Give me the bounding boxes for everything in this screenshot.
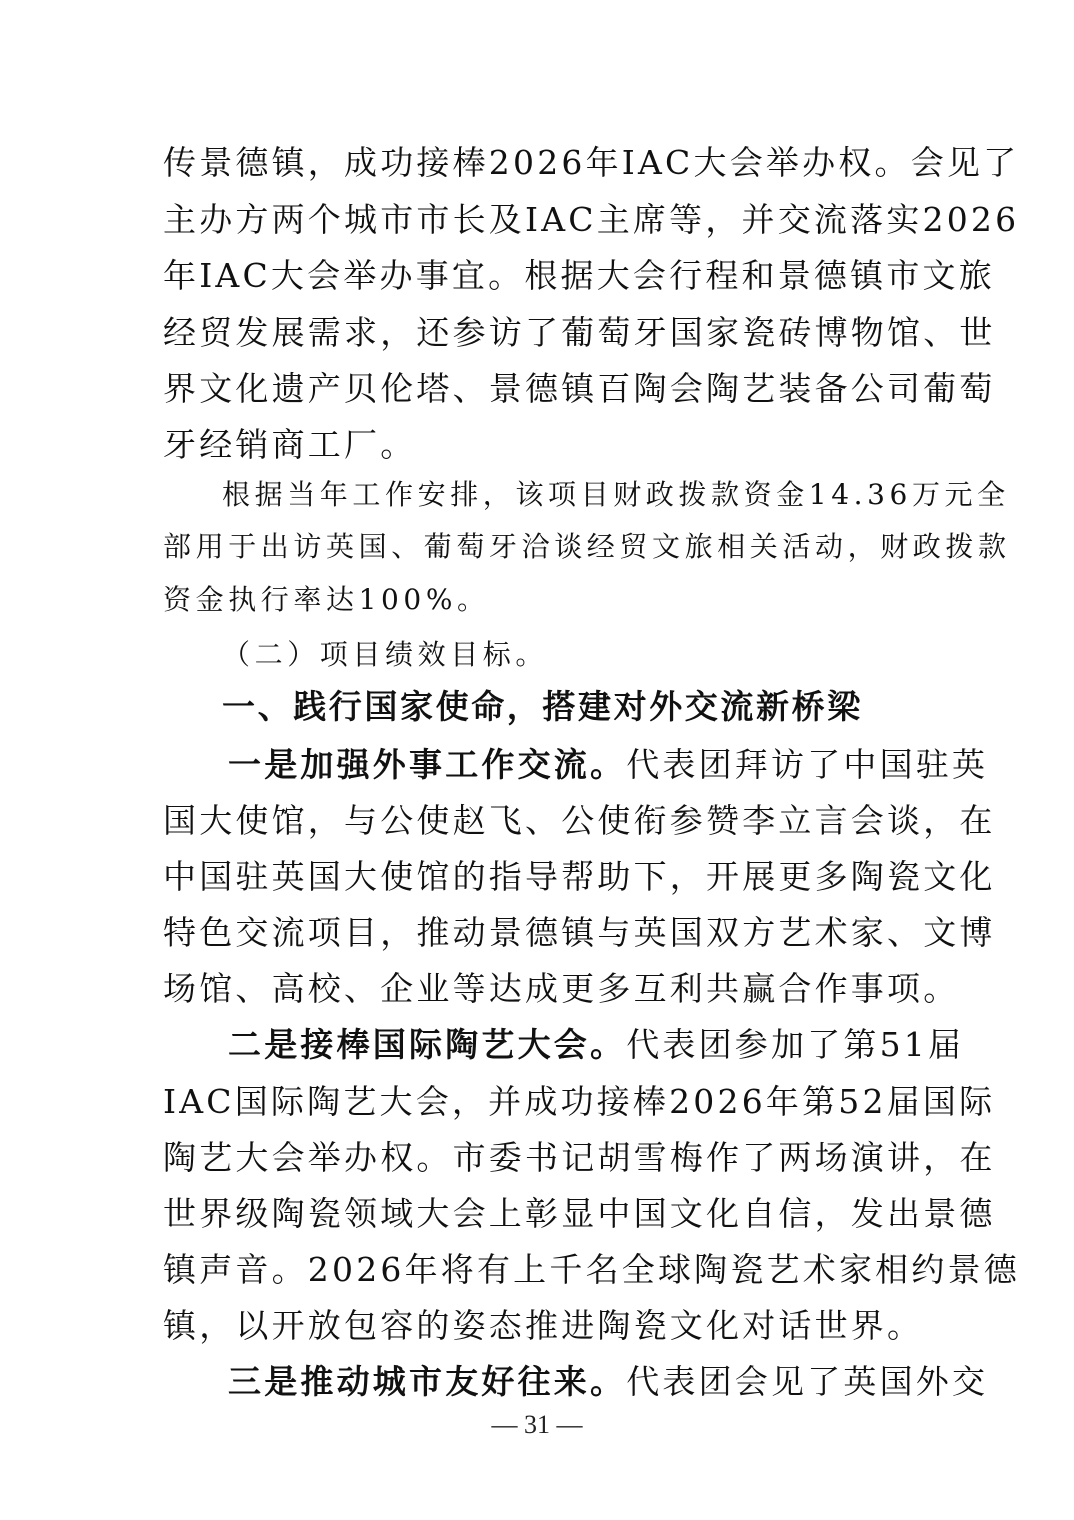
body-text-line: 世界级陶瓷领域大会上彰显中国文化自信，发出景德 <box>163 1194 913 1234</box>
body-text-line: 年IAC大会举办事宜。根据大会行程和景德镇市文旅 <box>163 256 913 296</box>
item-2-first-line: 二是接棒国际陶艺大会。代表团参加了第51届 <box>228 1025 978 1065</box>
body-text-line: 传景德镇，成功接棒2026年IAC大会举办权。会见了 <box>163 143 913 183</box>
item-3-first-line: 三是推动城市友好往来。代表团会见了英国外交 <box>228 1362 978 1402</box>
item-3-text: 代表团会见了英国外交 <box>626 1362 988 1401</box>
body-text-line: 特色交流项目，推动景德镇与英国双方艺术家、文博 <box>163 913 913 953</box>
subsection-title: （二）项目绩效目标。 <box>222 635 972 675</box>
body-text-line: 界文化遗产贝伦塔、景德镇百陶会陶艺装备公司葡萄 <box>163 369 913 409</box>
item-2-lead: 二是接棒国际陶艺大会。 <box>228 1025 626 1064</box>
body-text-line: 中国驻英国大使馆的指导帮助下，开展更多陶瓷文化 <box>163 857 913 897</box>
item-3-lead: 三是推动城市友好往来。 <box>228 1362 626 1401</box>
document-page: 传景德镇，成功接棒2026年IAC大会举办权。会见了 主办方两个城市市长及IAC… <box>0 0 1074 1520</box>
body-text-line: 场馆、高校、企业等达成更多互利共赢合作事项。 <box>163 969 913 1009</box>
body-text-line: 陶艺大会举办权。市委书记胡雪梅作了两场演讲，在 <box>163 1138 913 1178</box>
funding-text-line: 根据当年工作安排，该项目财政拨款资金14.36万元全 <box>222 475 972 515</box>
item-1-text: 代表团拜访了中国驻英 <box>626 745 988 784</box>
funding-text-line: 部用于出访英国、葡萄牙洽谈经贸文旅相关活动，财政拨款 <box>163 527 913 567</box>
section-heading: 一、践行国家使命，搭建对外交流新桥梁 <box>222 687 972 727</box>
item-1-first-line: 一是加强外事工作交流。代表团拜访了中国驻英 <box>228 745 978 785</box>
body-text-line: 镇声音。2026年将有上千名全球陶瓷艺术家相约景德 <box>163 1250 913 1290</box>
page-number: — 31 — <box>0 1410 1074 1440</box>
item-2-text: 代表团参加了第51届 <box>626 1025 964 1064</box>
funding-text-line: 资金执行率达100%。 <box>163 580 913 620</box>
body-text-line: IAC国际陶艺大会，并成功接棒2026年第52届国际 <box>163 1082 913 1122</box>
body-text-line: 国大使馆，与公使赵飞、公使衔参赞李立言会谈，在 <box>163 801 913 841</box>
body-text-line: 镇，以开放包容的姿态推进陶瓷文化对话世界。 <box>163 1306 913 1346</box>
item-1-lead: 一是加强外事工作交流。 <box>228 745 626 784</box>
body-text-line: 主办方两个城市市长及IAC主席等，并交流落实2026 <box>163 200 913 240</box>
body-text-line: 经贸发展需求，还参访了葡萄牙国家瓷砖博物馆、世 <box>163 313 913 353</box>
body-text-line: 牙经销商工厂。 <box>163 425 913 465</box>
